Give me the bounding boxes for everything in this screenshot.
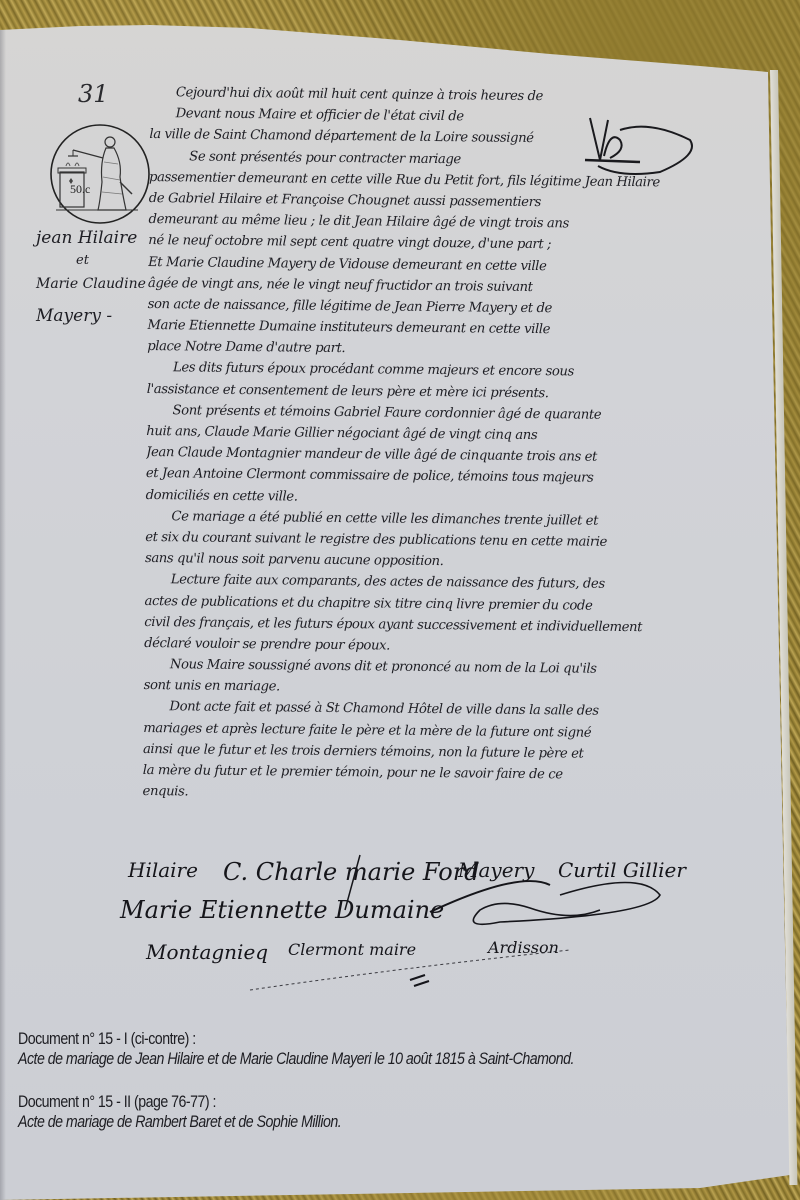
folio-number: 31 [78,80,109,108]
signature-row: Montagnieq Clermont maire Ardisson [128,934,688,972]
caption-description: Acte de mariage de Rambert Baret et de S… [18,1112,341,1132]
signature: Clermont maire [288,940,416,959]
signatures-block: Hilaire C. Charle marie Ford Mayery Curt… [128,858,688,972]
margin-note-line: jean Hilaire [36,222,146,254]
signature: Hilaire [128,858,198,882]
binding-shadow [0,30,6,1200]
signature-row: Marie Etiennette Dumaine [128,896,688,934]
handwritten-marriage-act: Cejourd'hui dix août mil huit cent quinz… [142,82,690,808]
signature-row: Hilaire C. Charle marie Ford Mayery Curt… [128,858,688,896]
margin-note-line: et [36,254,146,268]
stamp-value: 50.c [70,182,90,197]
margin-note-line: Marie Claudine [36,268,146,300]
caption-document-15-2: Document n° 15 - II (page 76-77) : Acte … [18,1092,341,1132]
caption-description: Acte de mariage de Jean Hilaire et de Ma… [18,1049,574,1069]
caption-title: Document n° 15 - II (page 76-77) : [18,1092,341,1112]
signature: Marie Etiennette Dumaine [120,896,444,924]
margin-note-line: Mayery - [36,300,146,332]
signature: C. Charle marie Ford [223,858,480,886]
allegorical-figure-stamp-icon [48,122,152,226]
caption-document-15-1: Document n° 15 - I (ci-contre) : Acte de… [18,1029,574,1069]
signature: Curtil Gillier [558,858,686,882]
signature: Mayery [458,858,534,882]
signature: Ardisson [488,938,559,957]
caption-title: Document n° 15 - I (ci-contre) : [18,1029,574,1049]
signature: Montagnieq [146,940,268,964]
fiscal-stamp: 50.c [48,122,152,226]
margin-note: jean Hilaire et Marie Claudine Mayery - [36,222,146,332]
